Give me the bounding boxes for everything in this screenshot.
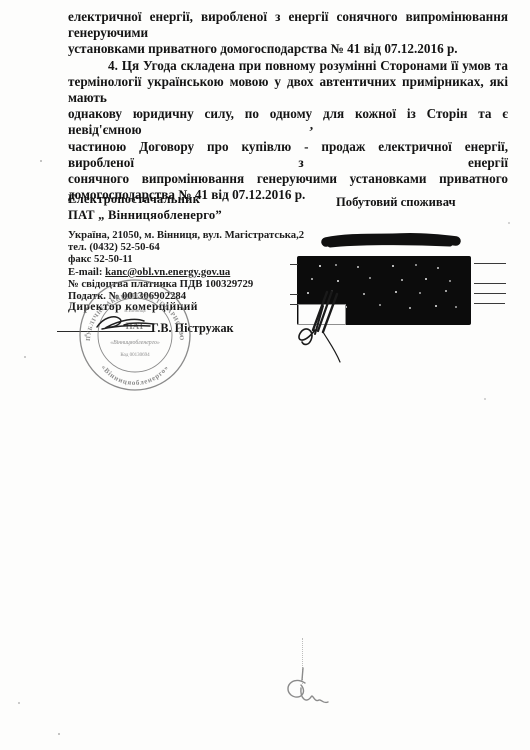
clause-4-line: 4. Ця Угода складена при повному розумін…	[68, 58, 508, 74]
supplier-heading: Електропостачальник	[68, 192, 200, 207]
bottom-signature	[280, 666, 338, 718]
consumer-heading: Побутовий споживач	[336, 195, 456, 210]
scan-noise	[0, 0, 2, 2]
form-line	[290, 264, 298, 265]
form-line	[474, 303, 505, 304]
redaction-marker-stroke	[320, 230, 462, 252]
clause-4-line: термінології українською мовою у двох ав…	[68, 74, 508, 106]
paragraph-top-line: установками приватного домогосподарства …	[68, 41, 508, 57]
clause-4-line: однакову юридичну силу, по одному для ко…	[68, 106, 508, 138]
redaction-speckles	[297, 256, 299, 258]
supplier-fax: факс 52-50-11	[68, 253, 303, 265]
form-line	[474, 263, 506, 264]
supplier-phone: тел. (0432) 52-50-64	[68, 241, 303, 253]
consumer-signature	[293, 286, 363, 364]
form-line	[474, 283, 506, 284]
supplier-signature	[94, 312, 158, 336]
contract-text: електричної енергії, виробленої з енергі…	[68, 9, 508, 203]
clause-4-line: частиною Договору про купівлю - продаж е…	[68, 139, 508, 171]
stamp-star-left: *	[84, 333, 88, 341]
paragraph-top-line: електричної енергії, виробленої з енергі…	[68, 9, 508, 41]
stamp-name: «Вінницяобленерго»	[110, 339, 160, 346]
document-page: електричної енергії, виробленої з енергі…	[0, 0, 530, 750]
stamp-code: Код 00130694	[120, 353, 150, 358]
supplier-company-name: ПАТ „ Вінницяобленерго”	[68, 208, 222, 223]
supplier-address: Україна, 21050, м. Вінниця, вул. Магістр…	[68, 229, 303, 241]
form-line	[474, 293, 506, 294]
stamp-star-right: *	[180, 333, 184, 341]
clause-4-line: сонячного випромінювання генеруючими уст…	[68, 171, 508, 187]
